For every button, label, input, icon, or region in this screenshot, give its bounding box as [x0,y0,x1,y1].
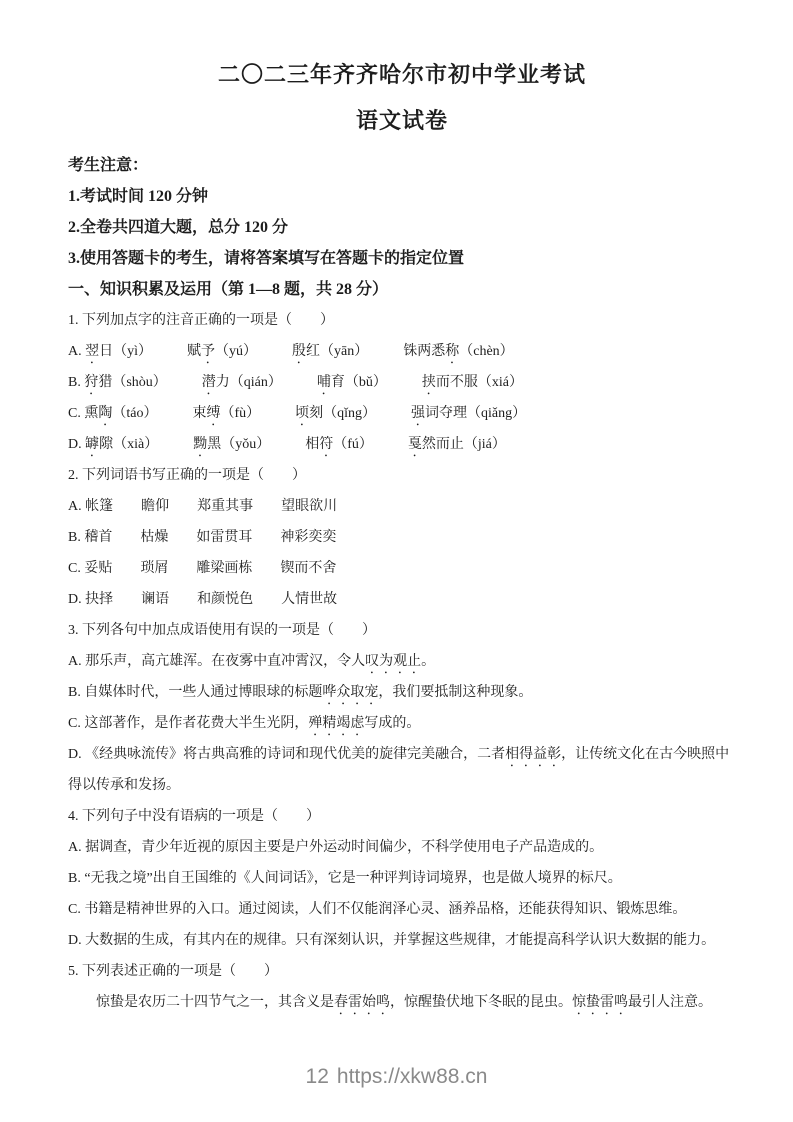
text-segment: 叹为观止 [365,654,421,669]
exam-title: 二〇二三年齐齐哈尔市初中学业考试 [68,60,736,90]
notice-item-3: 3.使用答题卡的考生，请将答案填写在答题卡的指定位置 [68,243,736,274]
text-segment: 日（yì） 赋 [99,344,201,359]
page-footer: 12https://xkw88.cn [0,1062,793,1092]
text-segment: 哺 [317,375,331,390]
text-segment: 惊蛰雷鸣 [572,995,628,1010]
question-3-option-c: C. 这部著作，是作者花费大半生光阴，殚精竭虑写成的。 [68,708,736,739]
question-2-option-b: B. 稽首 枯燥 如雷贯耳 神彩奕奕 [68,522,736,553]
text-segment: 殚精竭虑 [308,716,364,731]
question-1-option-a: A. 翌日（yì） 赋予（yú） 殷红（yān） 铢两悉称（chèn） [68,336,736,367]
page-number: 12 [306,1065,329,1088]
question-1-option-d: D. 罅隙（xià） 黝黑（yǒu） 相符（fú） 戛然而止（jiá） [68,429,736,460]
text-segment: （fú） [333,437,408,452]
text-segment: 隙（xià） [99,437,193,452]
text-segment: 写成的。 [364,716,420,731]
text-segment: （táo） 束 [112,406,206,421]
text-segment: B. 自媒体时代，一些人通过博眼球的标题 [68,685,322,700]
text-segment: 陶 [98,406,112,421]
question-2-option-d: D. 抉择 谰语 和颜悦色 人情世故 [68,584,736,615]
exam-body: 考生注意： 1.考试时间 120 分钟 2.全卷共四道大题，总分 120 分 3… [68,150,736,1018]
text-segment: （chèn） [459,344,513,359]
text-segment: 翌 [85,344,99,359]
question-4-option-d: D. 大数据的生成，有其内在的规律。只有深刻认识，并掌握这些规律，才能提高科学认… [68,925,736,956]
question-2-stem: 2. 下列词语书写正确的一项是（ ） [68,460,736,491]
text-segment: 惊蛰是农历二十四节气之一，其含义是 [96,995,334,1010]
text-segment: 。 [421,654,435,669]
question-5-paragraph: 惊蛰是农历二十四节气之一，其含义是春雷始鸣，惊醒蛰伏地下冬眠的昆虫。惊蛰雷鸣最引… [68,987,736,1018]
text-segment: 哗众取宠 [322,685,378,700]
question-4-stem: 4. 下列句子中没有语病的一项是（ ） [68,801,736,832]
text-segment: B. [68,375,84,390]
text-segment: 罅 [85,437,99,452]
notice-item-2: 2.全卷共四道大题，总分 120 分 [68,212,736,243]
text-segment: （fù） [220,406,295,421]
text-segment: 符 [319,437,333,452]
notice-item-1: 1.考试时间 120 分钟 [68,181,736,212]
text-segment: 然而止（jiá） [422,437,506,452]
question-3-option-d: D. 《经典咏流传》将古典高雅的诗词和现代优美的旋律完美融合，二者相得益彰，让传… [68,739,736,801]
question-2-option-c: C. 妥贴 琐屑 雕梁画栋 锲而不舍 [68,553,736,584]
exam-paper-page: 二〇二三年齐齐哈尔市初中学业考试 语文试卷 考生注意： 1.考试时间 120 分… [0,0,793,1018]
text-segment: 称 [445,344,459,359]
text-segment: 黝 [193,437,207,452]
text-segment: 缚 [206,406,220,421]
section-heading: 一、知识积累及运用（第 1—8 题，共 28 分） [68,274,736,305]
text-segment: 强 [411,406,425,421]
text-segment: D. [68,437,85,452]
question-3-option-a: A. 那乐声，高亢雄浑。在夜雾中直冲霄汉，令人叹为观止。 [68,646,736,677]
text-segment: D. 《经典咏流传》将古典高雅的诗词和现代优美的旋律完美融合，二者 [68,747,505,762]
text-segment: 春雷始鸣 [334,995,390,1010]
text-segment: 殷 [292,344,306,359]
text-segment: 词夺理（qiǎng） [425,406,526,421]
text-segment: ，我们要抵制这种现象。 [378,685,532,700]
text-segment: A. [68,344,85,359]
question-5-stem: 5. 下列表述正确的一项是（ ） [68,956,736,987]
text-segment: 红（yān） 铢两悉 [306,344,445,359]
text-segment: C. 这部著作，是作者花费大半生光阴， [68,716,308,731]
text-segment: 而不服（xiá） [436,375,523,390]
text-segment: 顷 [295,406,309,421]
question-4-option-a: A. 据调查，青少年近视的原因主要是户外运动时间偏少，不科学使用电子产品造成的。 [68,832,736,863]
exam-subtitle: 语文试卷 [68,106,736,136]
text-segment: 相得益彰 [505,747,561,762]
question-1-option-b: B. 狩猎（shòu） 潜力（qián） 哺育（bǔ） 挟而不服（xiá） [68,367,736,398]
question-3-stem: 3. 下列各句中加点成语使用有误的一项是（ ） [68,615,736,646]
text-segment: 最引人注意。 [628,995,712,1010]
text-segment: 予 [201,344,215,359]
text-segment: 狩 [84,375,98,390]
question-4-option-c: C. 书籍是精神世界的入口。通过阅读，人们不仅能润泽心灵、涵养品格，还能获得知识… [68,894,736,925]
text-segment: 猎（shòu） [98,375,201,390]
question-2-option-a: A. 帐篷 瞻仰 郑重其事 望眼欲川 [68,491,736,522]
text-segment: 潜 [202,375,216,390]
question-1-stem: 1. 下列加点字的注音正确的一项是（ ） [68,305,736,336]
text-segment: 挟 [422,375,436,390]
question-1-option-c: C. 熏陶（táo） 束缚（fù） 顷刻（qǐng） 强词夺理（qiǎng） [68,398,736,429]
text-segment: 戛 [408,437,422,452]
text-segment: （yú） [215,344,292,359]
text-segment: ，惊醒蛰伏地下冬眠的昆虫。 [390,995,572,1010]
question-3-option-b: B. 自媒体时代，一些人通过博眼球的标题哗众取宠，我们要抵制这种现象。 [68,677,736,708]
text-segment: 黑（yǒu） 相 [207,437,319,452]
text-segment: 育（bǔ） [331,375,422,390]
question-4-option-b: B. “无我之境”出自王国维的《人间词话》，它是一种评判诗词境界，也是做人境界的… [68,863,736,894]
text-segment: 力（qián） [216,375,317,390]
notice-heading: 考生注意： [68,150,736,181]
footer-url: https://xkw88.cn [337,1065,488,1088]
text-segment: 刻（qǐng） [309,406,411,421]
text-segment: C. 熏 [68,406,98,421]
text-segment: A. 那乐声，高亢雄浑。在夜雾中直冲霄汉，令人 [68,654,365,669]
